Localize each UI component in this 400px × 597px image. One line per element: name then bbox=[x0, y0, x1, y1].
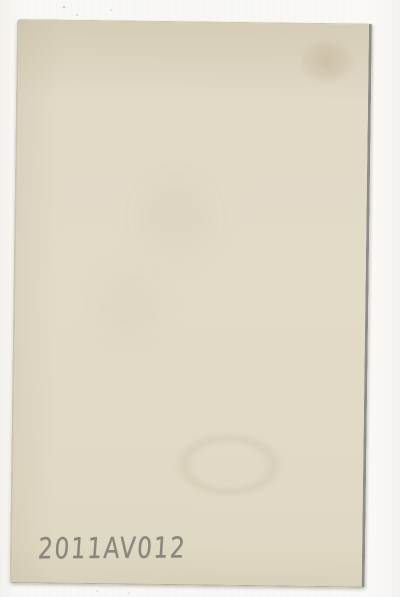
photo-card-verso: 2011AV012 bbox=[10, 19, 372, 588]
smudge-center bbox=[74, 151, 257, 373]
pencil-inscription: 2011AV012 bbox=[37, 530, 188, 565]
dust-specks bbox=[0, 0, 2, 2]
smudge-arc bbox=[161, 424, 297, 506]
stain-top-right bbox=[300, 38, 359, 91]
